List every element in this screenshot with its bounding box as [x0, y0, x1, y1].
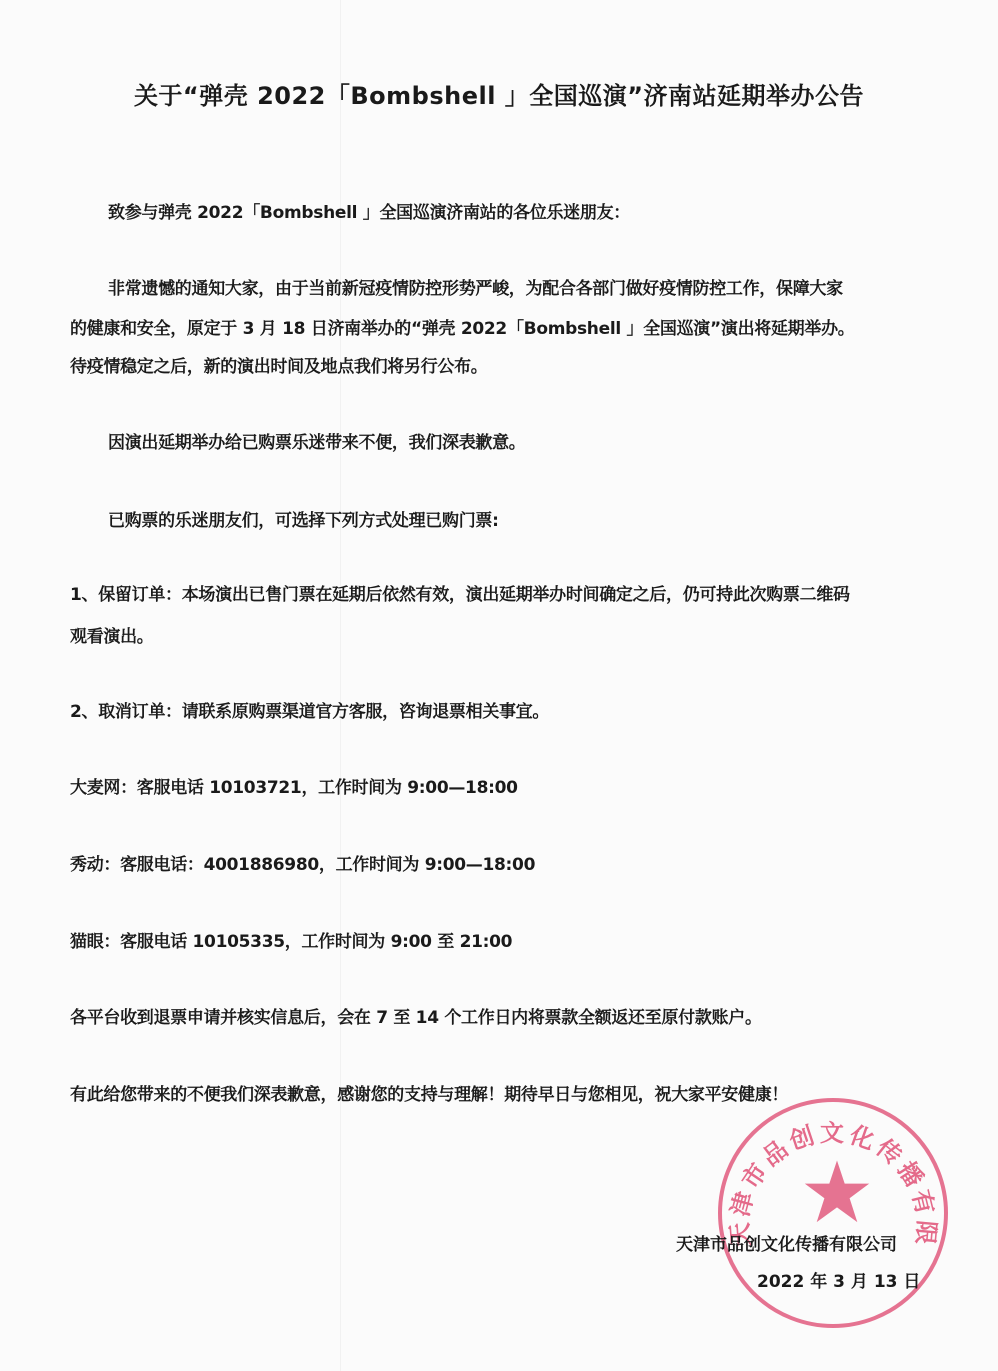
- closing: 有此给您带来的不便我们深表歉意，感谢您的支持与理解！期待早日与您相见，祝大家平安…: [70, 1080, 788, 1105]
- signature-company: 天津市品创文化传播有限公司: [676, 1230, 897, 1255]
- paragraph1-line2: 的健康和安全，原定于 3 月 18 日济南举办的“弹壳 2022「Bombshe…: [70, 314, 854, 339]
- company-seal: 天津市品创文化传播有限公司: [718, 1098, 948, 1328]
- paragraph2: 因演出延期举办给已购票乐迷带来不便，我们深表歉意。: [108, 428, 526, 453]
- refund-note: 各平台收到退票申请并核实信息后，会在 7 至 14 个工作日内将票款全额返还至原…: [70, 1003, 762, 1028]
- platform-damai: 大麦网：客服电话 10103721，工作时间为 9:00—18:00: [70, 773, 518, 798]
- paragraph1-line1: 非常遗憾的通知大家，由于当前新冠疫情防控形势严峻，为配合各部门做好疫情防控工作，…: [108, 274, 843, 299]
- option2: 2、取消订单：请联系原购票渠道官方客服，咨询退票相关事宜。: [70, 697, 549, 722]
- platform-maoyan: 猫眼：客服电话 10105335，工作时间为 9:00 至 21:00: [70, 927, 512, 952]
- option1-line1: 1、保留订单：本场演出已售门票在延期后依然有效，演出延期举办时间确定之后，仍可持…: [70, 580, 850, 605]
- platform-showstart: 秀动：客服电话：4001886980，工作时间为 9:00—18:00: [70, 850, 535, 875]
- signature-date: 2022 年 3 月 13 日: [757, 1267, 920, 1292]
- star-icon: [802, 1157, 872, 1227]
- paragraph1-line3: 待疫情稳定之后，新的演出时间及地点我们将另行公布。: [70, 352, 488, 377]
- paragraph3: 已购票的乐迷朋友们，可选择下列方式处理已购门票:: [108, 506, 499, 531]
- option1-line2: 观看演出。: [70, 622, 154, 647]
- page-title: 关于“弹壳 2022「Bombshell 」全国巡演”济南站延期举办公告: [0, 76, 998, 111]
- greeting: 致参与弹壳 2022「Bombshell 」全国巡演济南站的各位乐迷朋友：: [108, 198, 630, 223]
